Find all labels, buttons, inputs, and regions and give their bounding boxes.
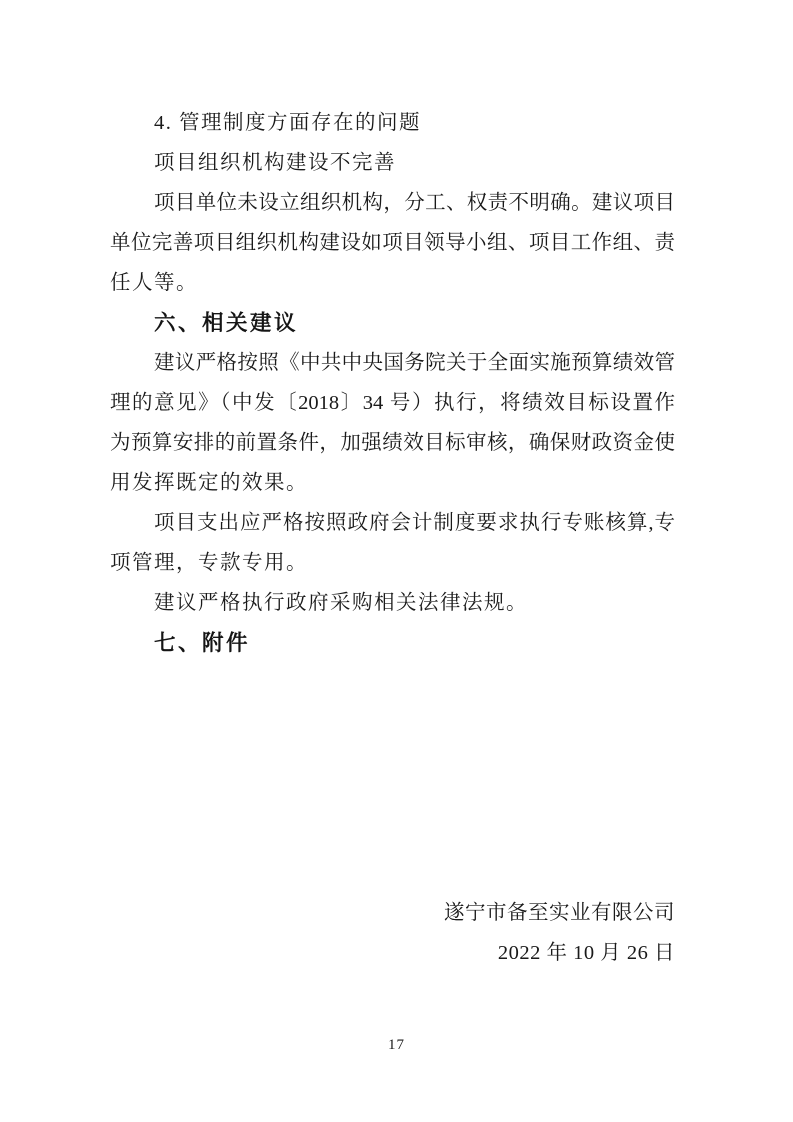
paragraph-line: 建议严格执行政府采购相关法律法规。 bbox=[110, 583, 675, 623]
paragraph-line: 项目支出应严格按照政府会计制度要求执行专账核算,专 bbox=[110, 503, 675, 543]
paragraph-line: 为预算安排的前置条件，加强绩效目标审核，确保财政资金使 bbox=[110, 423, 675, 463]
paragraph-line: 用发挥既定的效果。 bbox=[110, 463, 675, 503]
paragraph-line: 单位完善项目组织机构建设如项目领导小组、项目工作组、责 bbox=[110, 223, 675, 263]
signature-date: 2022 年 10 月 26 日 bbox=[110, 933, 675, 973]
page-number: 17 bbox=[388, 1037, 405, 1053]
paragraph-line: 项目组织机构建设不完善 bbox=[110, 143, 675, 183]
paragraph-line: 任人等。 bbox=[110, 263, 675, 303]
paragraph-line: 项管理，专款专用。 bbox=[110, 543, 675, 583]
signature-company: 遂宁市备至实业有限公司 bbox=[110, 893, 675, 933]
signature-block: 遂宁市备至实业有限公司 2022 年 10 月 26 日 bbox=[110, 893, 675, 973]
section-heading-attachments: 七、附件 bbox=[110, 623, 675, 663]
document-page: 4. 管理制度方面存在的问题 项目组织机构建设不完善 项目单位未设立组织机构，分… bbox=[0, 0, 793, 1122]
paragraph-line: 建议严格按照《中共中央国务院关于全面实施预算绩效管 bbox=[110, 343, 675, 383]
paragraph-line: 4. 管理制度方面存在的问题 bbox=[110, 103, 675, 143]
paragraph-line: 项目单位未设立组织机构，分工、权责不明确。建议项目 bbox=[110, 183, 675, 223]
page-footer: 17 bbox=[0, 1036, 793, 1054]
section-heading-related-suggestions: 六、相关建议 bbox=[110, 303, 675, 343]
paragraph-line: 理的意见》（中发〔2018〕34 号）执行，将绩效目标设置作 bbox=[110, 383, 675, 423]
document-body: 4. 管理制度方面存在的问题 项目组织机构建设不完善 项目单位未设立组织机构，分… bbox=[110, 103, 675, 973]
